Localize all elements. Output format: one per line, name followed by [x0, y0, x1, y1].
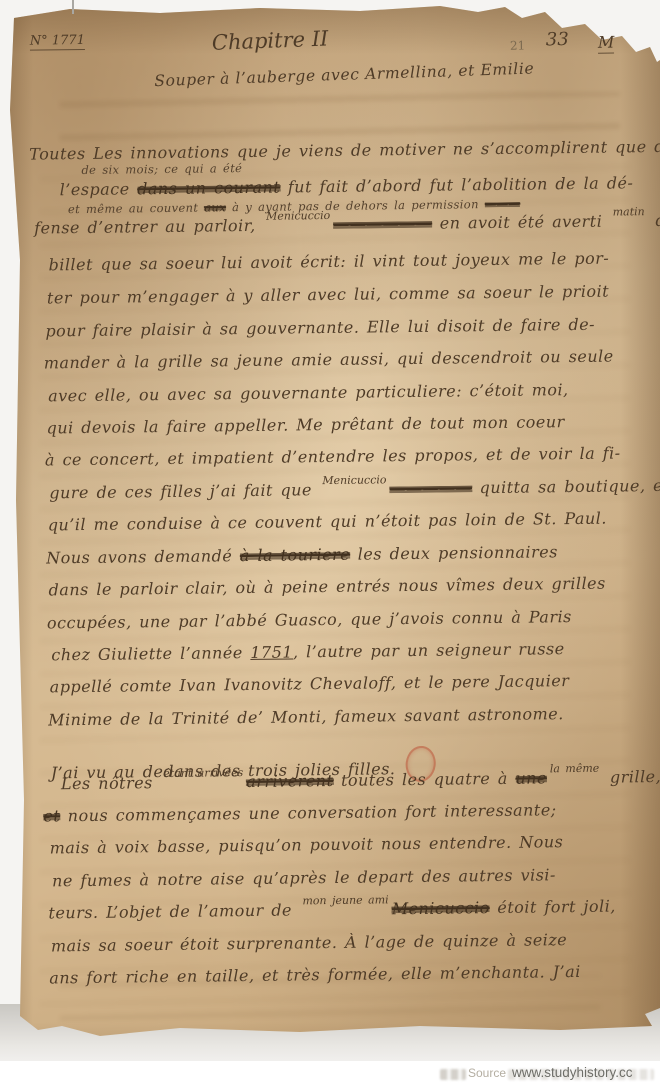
- struck-out-word: ——————: [333, 214, 432, 234]
- watermark-smudge: [440, 1069, 466, 1080]
- manuscript-line: mais sa soeur étoit surprenante. À l’age…: [51, 930, 568, 955]
- page-number-ink: 33: [546, 29, 569, 50]
- handwritten-text: qui devois la faire appeller. Me prêtant…: [46, 412, 564, 437]
- handwritten-text: ne fumes à notre aise qu’après le depart…: [52, 865, 556, 890]
- struck-out-word: dans un courant: [137, 178, 280, 199]
- struck-out-word: ———: [485, 197, 521, 211]
- handwritten-text: à y ayant pas de dehors la permission: [226, 197, 485, 214]
- watermark-strip: Source www.studyhistory.cc: [0, 1061, 660, 1087]
- handwritten-text: teurs. L’objet de l’amour de: [48, 900, 299, 922]
- manuscript-line: billet que sa soeur lui avoit écrit: il …: [48, 249, 609, 275]
- handwritten-text: qu’il me conduise à ce couvent qui n’éto…: [48, 509, 607, 535]
- chapter-title: Chapitre II: [211, 26, 328, 54]
- handwritten-text: l’espace: [60, 179, 138, 199]
- handwritten-text: à ce concert, et impatient d’entendre le…: [45, 443, 621, 469]
- handwritten-text: mais à voix basse, puisqu’on pouvoit nou…: [50, 832, 564, 857]
- handwritten-text: occupées, une par l’abbé Guasco, que j’a…: [47, 607, 572, 632]
- watermark-source-label: Source: [468, 1066, 506, 1080]
- struck-out-word: aux: [204, 200, 226, 214]
- handwritten-text: étoit fort joli,: [490, 897, 616, 918]
- handwritten-text: de six mois; ce qui a été: [81, 161, 242, 177]
- interlinear-insertion: étant arrivées: [163, 766, 243, 780]
- manuscript-photo: N° 1771 Chapitre II 21 33 M Souper à l’a…: [0, 0, 660, 1087]
- interlinear-insertion: la même: [550, 762, 600, 776]
- manuscript-number: N° 1771: [30, 33, 85, 51]
- manuscript-lines: Toutes Les innovations que je viens de m…: [0, 0, 653, 4]
- manuscript-line: ans fort riche en taille, et très formée…: [49, 962, 581, 987]
- manuscript-line: l’espace dans un courant fut fait d’abor…: [60, 173, 634, 199]
- manuscript-line: occupées, une par l’abbé Guasco, que j’a…: [47, 607, 572, 632]
- handwritten-text: toutes les quatre à: [333, 769, 515, 790]
- handwritten-text: fut fait d’abord fut l’abolition de la d…: [280, 173, 633, 196]
- manuscript-line: pour faire plaisir à sa gouvernante. Ell…: [45, 315, 595, 341]
- handwritten-text: et même au couvent: [68, 201, 205, 217]
- manuscript-line: dans le parloir clair, où à peine entrés…: [48, 574, 605, 600]
- handwritten-text: gure de ces filles j’ai fait que: [49, 480, 319, 502]
- manuscript-line: gure de ces filles j’ai fait que Menicuc…: [49, 476, 660, 503]
- manuscript-line: mander à la grille sa jeune amie aussi, …: [44, 347, 614, 373]
- manuscript-line: Nous avons demandé à la touriere les deu…: [46, 542, 558, 567]
- interlinear-insertion: mon jeune ami: [302, 893, 388, 907]
- manuscript-line: appellé comte Ivan Ivanovitz Chevaloff, …: [50, 671, 570, 696]
- chapter-subtitle: Souper à l’auberge avec Armellina, et Em…: [154, 59, 534, 90]
- handwritten-text: Les nôtres: [61, 773, 161, 793]
- handwritten-text: pour faire plaisir à sa gouvernante. Ell…: [45, 315, 595, 341]
- manuscript-line: teurs. L’objet de l’amour de mon jeune a…: [48, 897, 616, 923]
- handwritten-text: avec elle, ou avec sa gouvernante partic…: [48, 380, 569, 405]
- handwritten-text: dans un: [648, 210, 660, 230]
- manuscript-line: qu’il me conduise à ce couvent qui n’éto…: [48, 509, 607, 535]
- manuscript-line: Minime de la Trinité de’ Monti, fameux s…: [48, 704, 564, 729]
- handwritten-text: en avoit été averti: [432, 212, 610, 233]
- handwritten-text: ter pour m’engager à y aller avec lui, c…: [47, 282, 609, 308]
- page-number-pencil: 21: [510, 39, 525, 53]
- handwritten-text: grille,: [602, 767, 660, 787]
- manuscript-line: mais à voix basse, puisqu’on pouvoit nou…: [50, 832, 564, 857]
- struck-out-word: une: [515, 768, 547, 787]
- handwritten-text: chez Giuliette l’année: [51, 643, 250, 664]
- manuscript-line: et nous commençames une conversation for…: [43, 800, 557, 825]
- handwritten-text: billet que sa soeur lui avoit écrit: il …: [48, 249, 609, 275]
- handwritten-text: Nous avons demandé: [46, 546, 240, 567]
- struck-out-word: et: [43, 806, 60, 825]
- manuscript-line: ne fumes à notre aise qu’après le depart…: [52, 865, 556, 890]
- handwritten-text: nous commençames une conversation fort i…: [60, 800, 557, 825]
- struck-out-word: —————: [389, 478, 472, 498]
- manuscript-line: ter pour m’engager à y aller avec lui, c…: [47, 282, 609, 308]
- handwritten-text: fense d’entrer au parloir,: [34, 216, 263, 238]
- handwritten-text: 1751: [250, 642, 293, 662]
- handwritten-text: les deux pensionnaires: [350, 542, 558, 564]
- manuscript-line: à ce concert, et impatient d’entendre le…: [45, 443, 621, 469]
- folio-mark: M: [598, 32, 615, 53]
- struck-out-word: Menicuccio: [392, 898, 490, 918]
- handwritten-text: mais sa soeur étoit surprenante. À l’age…: [51, 930, 568, 955]
- struck-out-word: arriverent: [246, 771, 333, 791]
- interlinear-insertion: Menicuccio: [322, 473, 386, 487]
- interlinear-insertion: matin: [613, 205, 645, 218]
- handwritten-text: appellé comte Ivan Ivanovitz Chevaloff, …: [50, 671, 570, 696]
- manuscript-line: avec elle, ou avec sa gouvernante partic…: [48, 380, 569, 405]
- manuscript-line: Toutes Les innovations que je viens de m…: [29, 137, 660, 164]
- handwritten-text: quitta sa boutique, et: [472, 476, 660, 497]
- interlinear-insertion: Menicuccio: [266, 209, 330, 223]
- manuscript-line: de six mois; ce qui a été: [81, 161, 242, 177]
- watermark-site-url: www.studyhistory.cc: [512, 1065, 633, 1080]
- handwritten-text: dans le parloir clair, où à peine entrés…: [48, 574, 605, 600]
- handwritten-text: Minime de la Trinité de’ Monti, fameux s…: [48, 704, 564, 729]
- struck-out-word: à la touriere: [240, 545, 351, 565]
- handwritten-text: mander à la grille sa jeune amie aussi, …: [44, 347, 614, 373]
- handwritten-text: Toutes Les innovations que je viens de m…: [29, 137, 660, 164]
- handwritten-text: , l’autre par un seigneur russe: [293, 639, 565, 661]
- manuscript-line: qui devois la faire appeller. Me prêtant…: [46, 412, 564, 437]
- handwritten-text: ans fort riche en taille, et très formée…: [49, 962, 581, 987]
- manuscript-line: chez Giuliette l’année 1751, l’autre par…: [51, 639, 564, 664]
